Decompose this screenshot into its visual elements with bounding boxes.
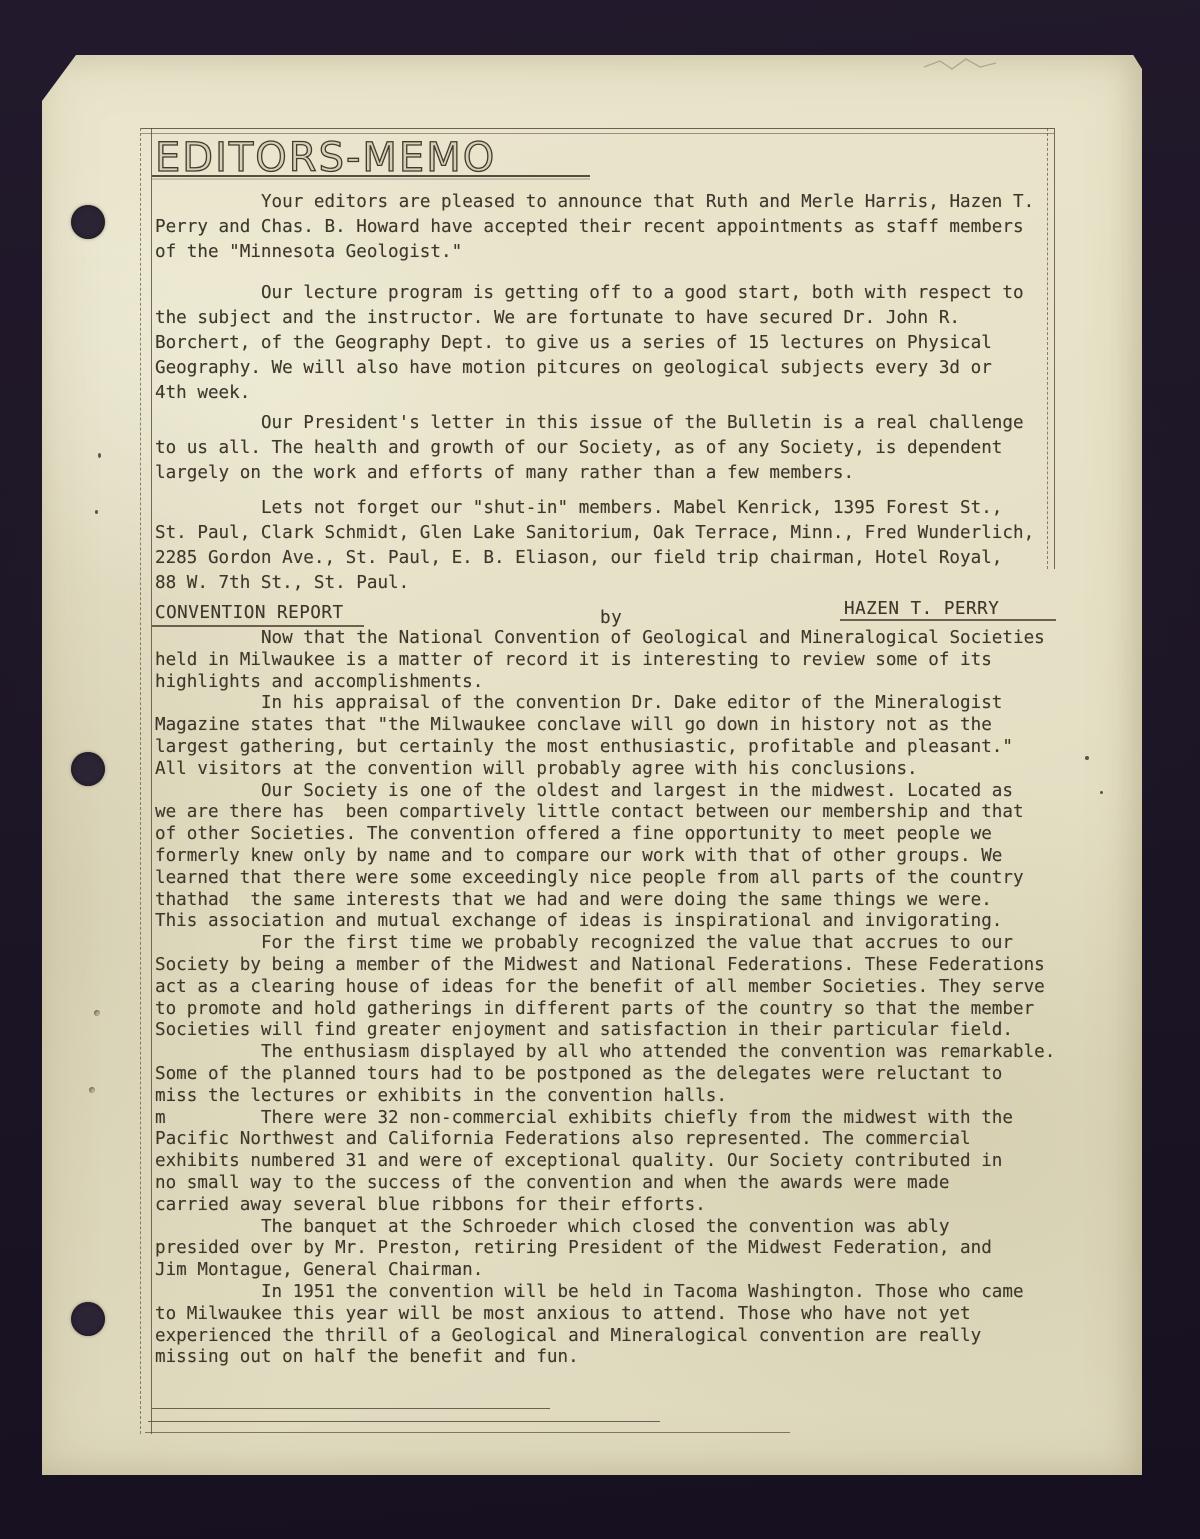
report-paragraph: Now that the National Convention of Geol… xyxy=(155,628,1095,693)
ink-speck xyxy=(98,453,101,458)
report-author-underline xyxy=(840,619,1056,621)
pin-hole xyxy=(94,1010,100,1016)
punch-hole-top xyxy=(71,205,105,239)
memo-paragraph: Lets not forget our "shut-in" members. M… xyxy=(155,496,1085,596)
frame-top-rule xyxy=(141,128,1054,129)
document-page: EDITORS-MEMO Your editors are pleased to… xyxy=(42,55,1142,1475)
report-author: HAZEN T. PERRY xyxy=(844,599,999,619)
scan-background: EDITORS-MEMO Your editors are pleased to… xyxy=(0,0,1200,1539)
report-heading: CONVENTION REPORT xyxy=(155,603,344,623)
report-paragraph: The banquet at the Schroeder which close… xyxy=(155,1217,1095,1282)
title-underline xyxy=(152,175,590,177)
report-paragraph: m There were 32 non-commercial exhibits … xyxy=(155,1108,1095,1217)
report-byline: by xyxy=(600,608,622,628)
frame-left-rule-inner xyxy=(151,128,152,1434)
report-paragraph: For the first time we probably recognize… xyxy=(155,933,1095,1042)
bottom-rule-1 xyxy=(152,1408,550,1409)
punch-hole-bottom xyxy=(71,1302,105,1336)
memo-paragraph: Our lecture program is getting off to a … xyxy=(155,281,1085,406)
bottom-rule-2 xyxy=(148,1421,660,1422)
memo-paragraph: Your editors are pleased to announce tha… xyxy=(155,190,1085,265)
pin-hole xyxy=(89,1087,95,1093)
report-paragraph: In 1951 the convention will be held in T… xyxy=(155,1282,1095,1369)
punch-hole-middle xyxy=(71,752,105,786)
pencil-scribble xyxy=(922,55,1002,79)
report-paragraph: Our Society is one of the oldest and lar… xyxy=(155,781,1095,934)
report-paragraph: In his appraisal of the convention Dr. D… xyxy=(155,693,1095,780)
ink-speck xyxy=(1100,791,1103,794)
report-heading-underline xyxy=(152,625,364,627)
ink-speck xyxy=(1085,756,1089,760)
report-body: Now that the National Convention of Geol… xyxy=(155,628,1095,1369)
frame-left-rule-outer xyxy=(140,128,141,1434)
memo-paragraph: Our President's letter in this issue of … xyxy=(155,411,1085,486)
ink-speck xyxy=(95,510,98,514)
report-paragraph: The enthusiasm displayed by all who atte… xyxy=(155,1042,1095,1107)
bottom-rule-3 xyxy=(145,1432,790,1433)
